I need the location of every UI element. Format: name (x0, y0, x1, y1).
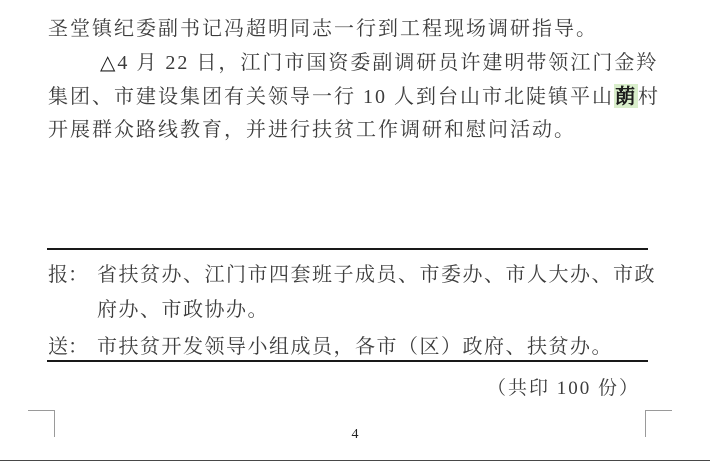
print-count: （共印 100 份） (487, 373, 640, 400)
document-page: 圣堂镇纪委副书记冯超明同志一行到工程现场调研指导。 △4 月 22 日，江门市国… (0, 0, 710, 461)
report-line: 报：省扶贫办、江门市四套班子成员、市委办、市人大办、市政 (48, 258, 656, 287)
distribution-rule-bottom (47, 360, 648, 362)
page-number: 4 (0, 427, 710, 443)
paragraph-line-2: △4 月 22 日，江门市国资委副调研员许建明带领江门金羚 (48, 46, 656, 80)
send-label: 送： (48, 330, 97, 359)
paragraph-line-2-text: 4 月 22 日，江门市国资委副调研员许建明带领江门金羚 (117, 52, 658, 74)
send-line: 送：市扶贫开发领导小组成员，各市（区）政府、扶贫办。 (48, 330, 613, 359)
send-recipients: 市扶贫开发领导小组成员，各市（区）政府、扶贫办。 (97, 336, 613, 358)
report-label: 报： (48, 258, 97, 287)
paragraph-line-3-tail: 村 (638, 86, 660, 108)
distribution-rule-top (47, 248, 648, 250)
paragraph-line-3: 集团、市建设集团有关领导一行 10 人到台山市北陡镇平山蓢村 (48, 80, 656, 114)
highlighted-character: 蓢 (614, 84, 638, 108)
body-text-block: 圣堂镇纪委副书记冯超明同志一行到工程现场调研指导。 △4 月 22 日，江门市国… (48, 13, 656, 147)
report-recipients-line-1: 省扶贫办、江门市四套班子成员、市委办、市人大办、市政 (97, 264, 656, 286)
paragraph-line-3-text: 集团、市建设集团有关领导一行 10 人到台山市北陡镇平山 (48, 86, 614, 108)
paragraph-line-4: 开展群众路线教育，并进行扶贫工作调研和慰问活动。 (48, 114, 656, 147)
report-recipients-line-2: 府办、市政协办。 (97, 293, 269, 322)
triangle-bullet-icon: △ (100, 50, 115, 74)
paragraph-line-1: 圣堂镇纪委副书记冯超明同志一行到工程现场调研指导。 (48, 13, 656, 46)
